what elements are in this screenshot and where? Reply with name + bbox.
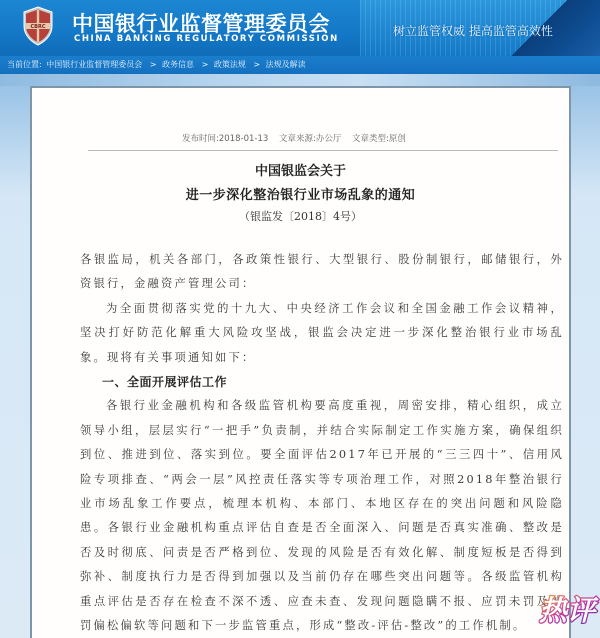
breadcrumb: 当前位置: 中国银行业监督管理委员会 > 政务信息 > 政策法规 > 法规及解读 xyxy=(0,56,600,74)
cbrc-shield-logo-icon[interactable]: CBRC xyxy=(22,6,54,46)
svg-text:热评: 热评 xyxy=(539,594,599,627)
svg-text:CBRC: CBRC xyxy=(31,24,46,30)
article-title-line1: 中国银监会关于 xyxy=(32,160,569,179)
site-header: CBRC 中国银行业监督管理委员会 CHINA BANKING REGULATO… xyxy=(0,0,600,56)
section-heading: 一、全面开展评估工作 xyxy=(80,370,564,394)
meta-divider xyxy=(88,150,558,151)
breadcrumb-item-policies[interactable]: 政策法规 xyxy=(214,60,246,69)
breadcrumb-item-regulations[interactable]: 法规及解读 xyxy=(266,60,306,69)
publish-time: 发布时间:2018-01-13 xyxy=(182,134,268,144)
article-meta: 发布时间:2018-01-13 文章来源:办公厅 文章类型:原创 xyxy=(182,132,414,144)
addressee-paragraph: 各银监局，机关各部门，各政策性银行、大型银行、股份制银行，邮储银行，外资银行，金… xyxy=(80,248,564,297)
decorative-band xyxy=(0,74,600,86)
breadcrumb-separator: > xyxy=(253,60,260,69)
breadcrumb-item-government-info[interactable]: 政务信息 xyxy=(162,60,194,69)
left-margin xyxy=(0,86,30,638)
header-slogan: 树立监管权威 提高监管高效性 xyxy=(393,22,553,39)
right-margin xyxy=(571,86,600,638)
article-title-line2: 进一步深化整治银行业市场乱象的通知 xyxy=(32,184,569,203)
breadcrumb-separator: > xyxy=(202,60,209,69)
article-type: 文章类型:原创 xyxy=(352,134,406,144)
intro-paragraph: 为全面贯彻落实党的十九大、中央经济工作会议和全国金融工作会议精神，坚决打好防范化… xyxy=(80,297,564,370)
breadcrumb-prefix: 当前位置: xyxy=(7,60,42,69)
article-body: 各银监局，机关各部门，各政策性银行、大型银行、股份制银行，邮储银行，外资银行，金… xyxy=(80,248,564,638)
breadcrumb-item-home[interactable]: 中国银行业监督管理委员会 xyxy=(46,60,142,69)
article-source: 文章来源:办公厅 xyxy=(279,134,341,144)
article-panel: 发布时间:2018-01-13 文章来源:办公厅 文章类型:原创 中国银监会关于… xyxy=(30,86,571,638)
document-number: （银监发〔2018〕4号） xyxy=(32,208,569,224)
hot-comment-watermark-icon: 热评 xyxy=(532,588,600,630)
site-title-english: CHINA BANKING REGULATORY COMMISSION xyxy=(74,34,339,44)
section-paragraph: 各银行业金融机构和各级监管机构要高度重视，周密安排，精心组织，成立领导小组，层层… xyxy=(80,394,564,638)
breadcrumb-separator: > xyxy=(150,60,157,69)
